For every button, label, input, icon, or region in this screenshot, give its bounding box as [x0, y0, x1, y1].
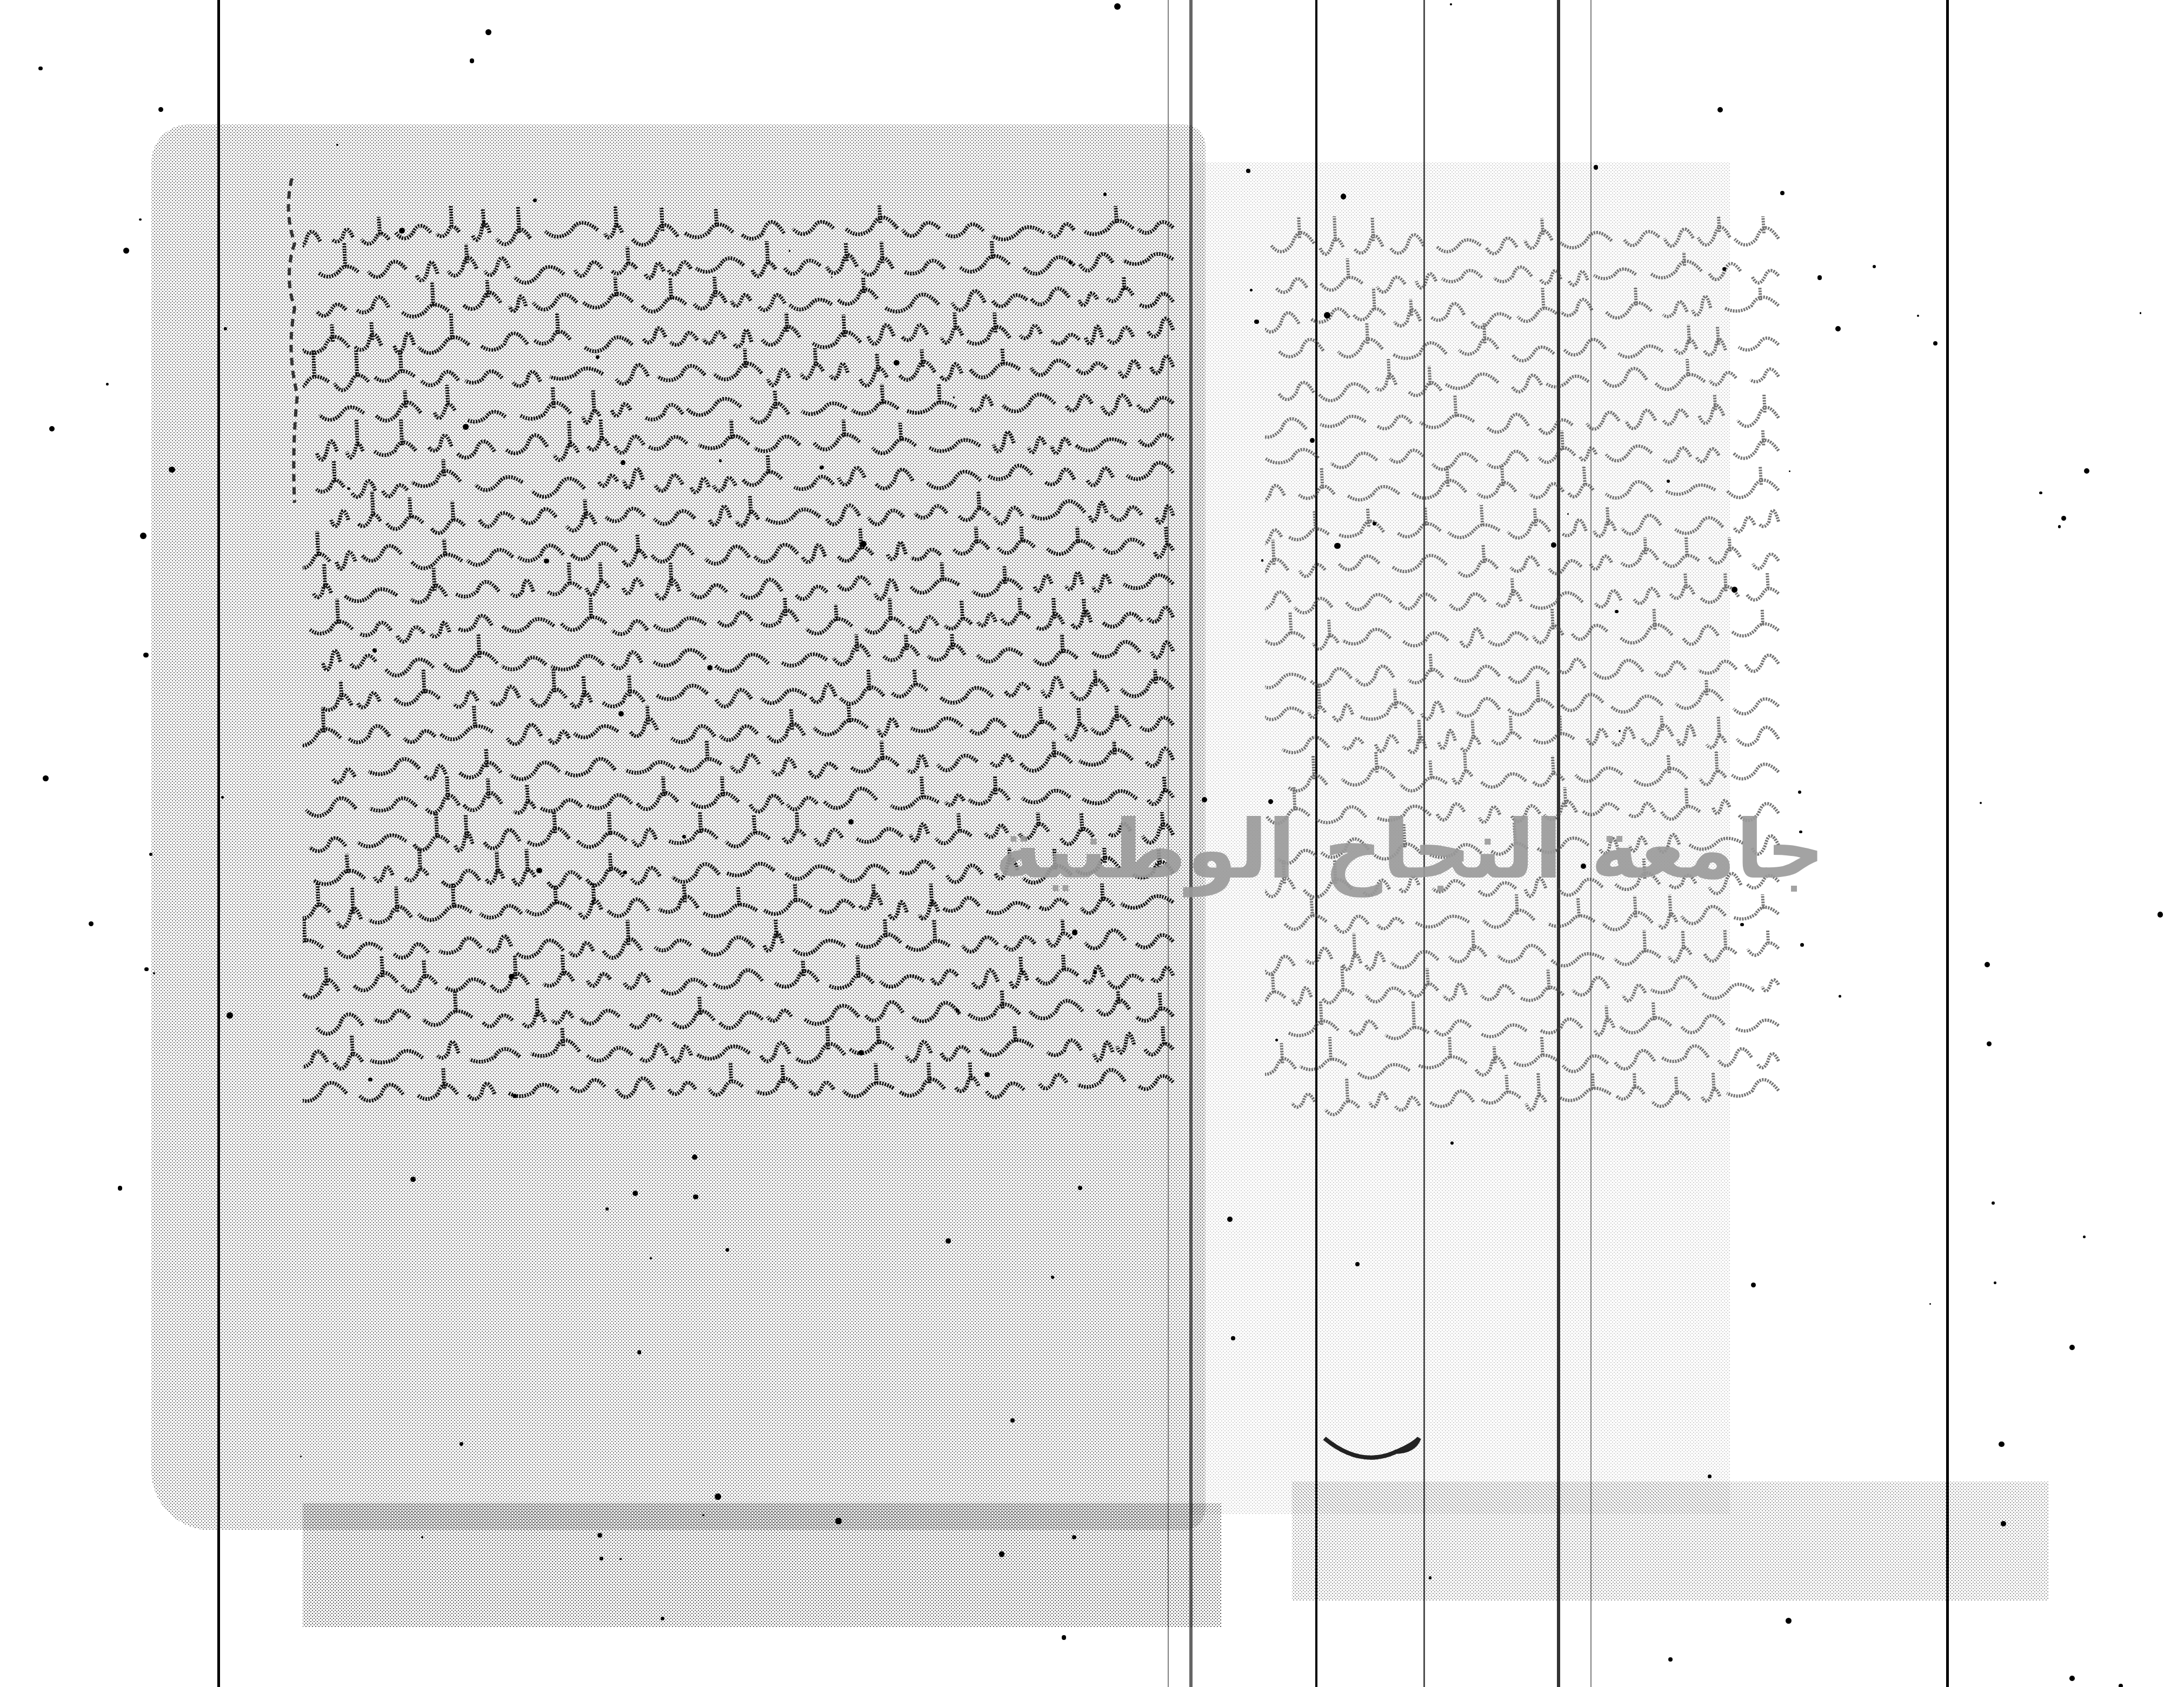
speck	[410, 1177, 416, 1182]
speck	[2058, 525, 2061, 528]
speck	[1254, 320, 1259, 324]
speck	[144, 967, 148, 971]
speck	[1072, 929, 1078, 935]
speck	[227, 1012, 233, 1019]
handwritten-line	[303, 348, 1178, 384]
handwritten-line	[1265, 680, 1784, 716]
handwritten-line	[303, 741, 1178, 776]
speck	[2158, 912, 2163, 918]
speck	[661, 1617, 664, 1620]
handwritten-line	[303, 955, 1178, 991]
speck	[1835, 326, 1841, 331]
speck	[1839, 995, 1841, 998]
speck	[1619, 730, 1621, 732]
speck	[139, 218, 142, 221]
speck	[1010, 1418, 1015, 1423]
speck	[2069, 1345, 2075, 1350]
handwritten-line	[1265, 752, 1784, 787]
handwritten-line	[1265, 573, 1784, 609]
speck	[600, 1557, 603, 1560]
speck	[2119, 1684, 2123, 1687]
handwritten-line	[303, 455, 1178, 491]
speck	[118, 1186, 122, 1190]
watermark-text: جامعة النجاح الوطنية	[995, 803, 1825, 897]
handwritten-line	[303, 634, 1178, 669]
handwritten-line	[303, 598, 1178, 634]
speck	[1334, 543, 1340, 549]
speck	[149, 853, 152, 856]
speck	[894, 360, 899, 366]
handwritten-line	[1265, 645, 1784, 680]
speck	[860, 541, 867, 547]
speck	[2039, 492, 2042, 494]
speck	[43, 775, 49, 781]
handwritten-line	[303, 313, 1178, 348]
speck	[1873, 265, 1876, 268]
speck	[1786, 1618, 1792, 1624]
handwritten-line	[1265, 894, 1784, 930]
handwritten-line	[303, 420, 1178, 455]
handwritten-line	[1265, 930, 1784, 966]
speck	[38, 67, 42, 70]
speck	[158, 107, 163, 112]
speck	[2083, 1236, 2086, 1238]
speck	[1751, 1283, 1756, 1287]
speck	[143, 653, 149, 658]
speck	[89, 921, 94, 926]
handwritten-line	[303, 491, 1178, 527]
speck	[123, 248, 129, 254]
speck	[1615, 610, 1618, 613]
handwritten-line	[303, 705, 1178, 741]
handwritten-line	[1265, 216, 1784, 252]
speck	[1114, 3, 1121, 10]
handwritten-line	[303, 562, 1178, 598]
handwritten-line	[1265, 716, 1784, 752]
speck	[623, 871, 627, 874]
handwritten-line	[303, 1026, 1178, 1062]
speck	[2084, 468, 2089, 474]
scan-line	[217, 0, 220, 1687]
speck	[1992, 1201, 1995, 1205]
handwritten-line	[1265, 359, 1784, 395]
speck	[1078, 1186, 1082, 1190]
speck	[2069, 1676, 2075, 1681]
handwritten-line	[1265, 502, 1784, 537]
speck	[49, 426, 55, 431]
speck	[1798, 791, 1801, 794]
speck	[1429, 1576, 1431, 1579]
handwritten-line	[303, 991, 1178, 1026]
speck	[999, 1551, 1005, 1557]
handwritten-line	[303, 205, 1178, 241]
speck	[512, 1094, 517, 1098]
speck	[1062, 1635, 1066, 1639]
speck	[719, 459, 722, 462]
handwritten-line	[1265, 288, 1784, 323]
speck	[485, 29, 491, 35]
handwritten-line	[303, 241, 1178, 277]
speck	[2001, 1521, 2006, 1526]
speck	[1987, 1041, 1992, 1046]
speck	[1231, 1336, 1235, 1340]
speck	[1789, 470, 1790, 472]
speck	[463, 424, 468, 429]
speck	[221, 796, 224, 799]
left-page-text	[303, 205, 1178, 1098]
speck	[618, 711, 624, 716]
speck	[1450, 3, 1452, 5]
speck	[1069, 261, 1072, 264]
scan-line	[1946, 0, 1949, 1687]
speck	[1933, 341, 1937, 346]
speck	[1985, 962, 1990, 967]
speck	[140, 533, 147, 539]
speck	[2061, 516, 2066, 521]
speck	[1708, 1475, 1712, 1478]
speck	[1817, 275, 1822, 280]
speck	[169, 467, 175, 473]
speck	[1999, 1442, 2005, 1447]
speck	[1051, 1276, 1054, 1279]
handwritten-line	[303, 384, 1178, 420]
handwritten-line	[1265, 466, 1784, 502]
speck	[106, 383, 109, 386]
speck	[1341, 194, 1347, 200]
speck	[421, 1536, 423, 1538]
speck	[1227, 1217, 1233, 1222]
handwritten-line	[1265, 252, 1784, 288]
right-page-text	[1265, 216, 1784, 1108]
handwritten-line	[1265, 537, 1784, 573]
speck	[544, 559, 549, 563]
speck	[1929, 1303, 1931, 1305]
speck	[820, 466, 823, 469]
speck	[1722, 267, 1726, 271]
speck	[1780, 191, 1785, 195]
handwritten-line	[1265, 323, 1784, 359]
handwritten-line	[303, 277, 1178, 313]
speck	[1740, 923, 1744, 927]
speck	[153, 972, 155, 974]
speck	[1994, 1281, 1996, 1284]
speck	[1800, 943, 1804, 947]
speck	[637, 1350, 642, 1354]
handwritten-line	[303, 1062, 1178, 1098]
speck	[1246, 169, 1250, 173]
speck	[1324, 312, 1330, 318]
speck	[1594, 165, 1599, 170]
speck	[835, 1518, 842, 1524]
speck	[789, 250, 790, 251]
speck	[1980, 802, 1982, 804]
end-flourish	[1319, 1427, 1427, 1471]
handwritten-line	[1265, 1037, 1784, 1073]
speck	[1667, 480, 1670, 483]
speck	[620, 1558, 622, 1560]
speck	[621, 460, 625, 465]
speck	[1799, 831, 1802, 834]
handwritten-line	[303, 527, 1178, 562]
handwritten-line	[1265, 1073, 1784, 1108]
speck	[1717, 107, 1723, 112]
speck	[858, 1050, 864, 1055]
speck	[1668, 1657, 1673, 1662]
speck	[1093, 971, 1097, 975]
speck	[956, 1009, 960, 1013]
speck	[693, 1194, 698, 1200]
left-page-bottom-shadow	[303, 1503, 1222, 1628]
handwritten-line	[303, 669, 1178, 705]
speck	[1732, 587, 1737, 593]
handwritten-line	[1265, 430, 1784, 466]
handwritten-line	[1265, 395, 1784, 430]
handwritten-line	[1265, 1001, 1784, 1037]
handwritten-line	[1265, 609, 1784, 645]
speck	[1103, 192, 1107, 196]
speck	[1917, 315, 1920, 317]
right-page-bottom-shadow	[1292, 1482, 2049, 1600]
speck	[2140, 312, 2141, 314]
handwritten-line	[303, 919, 1178, 955]
speck	[682, 835, 686, 839]
handwritten-line	[1265, 966, 1784, 1001]
speck	[470, 58, 474, 63]
speck	[460, 1442, 463, 1445]
